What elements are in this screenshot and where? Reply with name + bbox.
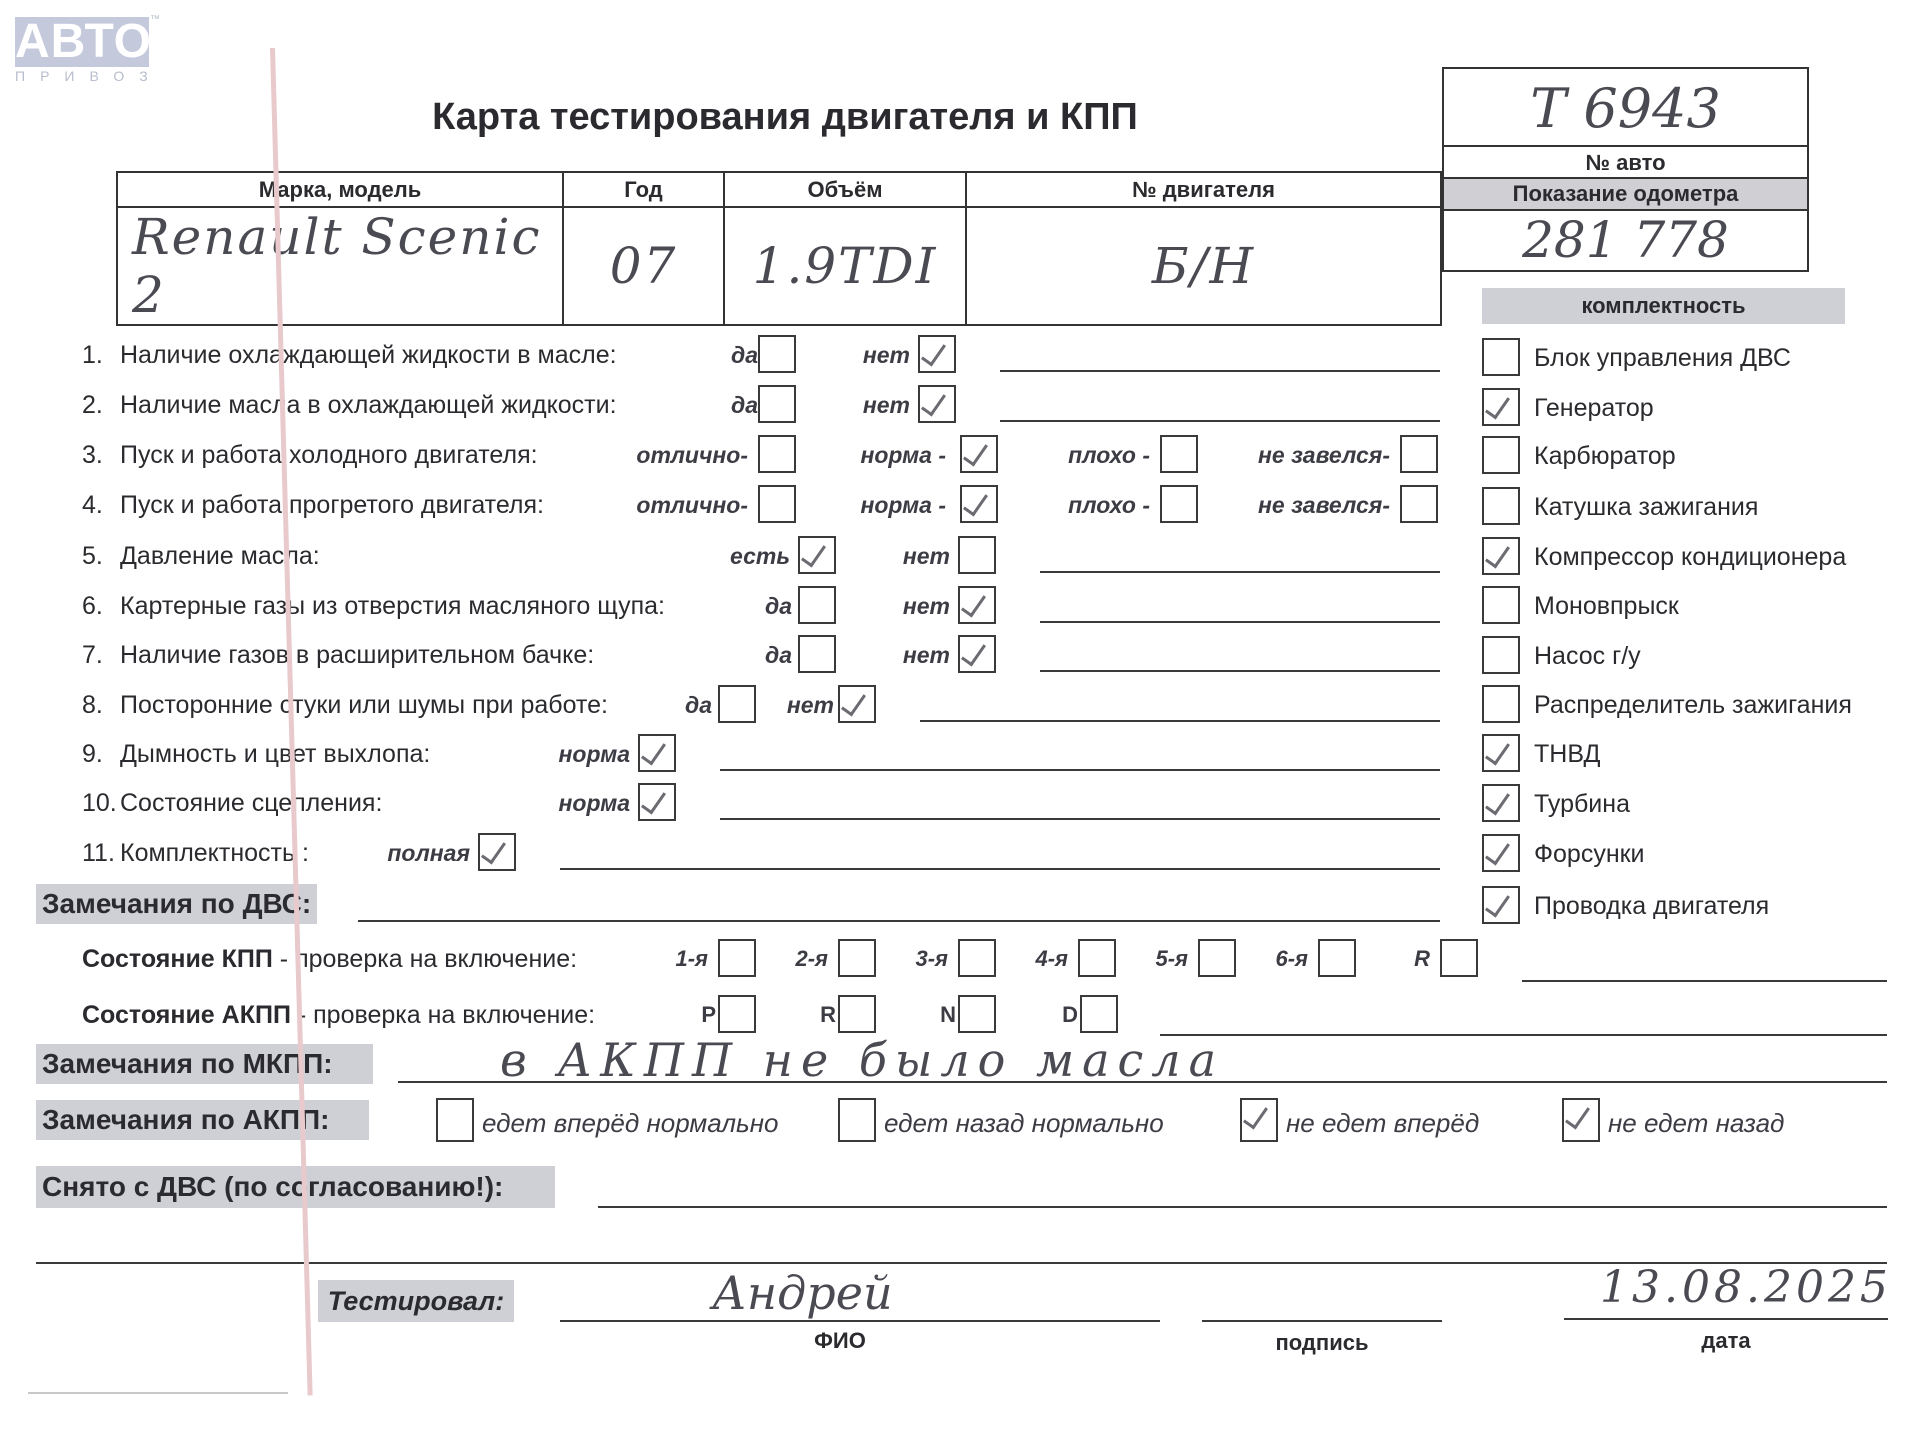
question-text: Пуск и работа прогретого двигателя: xyxy=(120,490,544,520)
gear-checkbox[interactable] xyxy=(718,995,756,1033)
tester-name-field[interactable] xyxy=(560,1320,1160,1322)
header-year: Год xyxy=(563,172,724,207)
completeness-checkbox[interactable] xyxy=(1482,388,1520,426)
odometer-value[interactable]: 281 778 xyxy=(1444,211,1807,271)
engine-remarks-label: Замечания по ДВС: xyxy=(36,884,317,924)
page-title: Карта тестирования двигателя и КПП xyxy=(300,96,1270,139)
removed-label: Снято с ДВС (по согласованию!): xyxy=(36,1166,555,1208)
signature-field[interactable] xyxy=(1202,1320,1442,1322)
completeness-checkbox[interactable] xyxy=(1482,537,1520,575)
manual-gearbox-title: Состояние КПП xyxy=(82,945,273,973)
option-label: полная xyxy=(270,838,470,868)
question-number: 9. xyxy=(82,739,103,769)
completeness-checkbox[interactable] xyxy=(1482,586,1520,624)
akpp-option-label: едет вперёд нормально xyxy=(482,1108,778,1138)
year-value[interactable]: 07 xyxy=(563,207,724,325)
gear-label: 5-я xyxy=(1108,944,1188,974)
auto-gearbox-label: Состояние АКПП - проверка на включение: xyxy=(82,1000,595,1030)
question-number: 11. xyxy=(82,838,115,868)
question-text: Дымность и цвет выхлопа: xyxy=(120,739,430,769)
akpp-option-checkbox[interactable] xyxy=(838,1098,876,1142)
gear-label: R xyxy=(776,1000,836,1030)
akpp-option-checkbox[interactable] xyxy=(1240,1098,1278,1142)
completeness-checkbox[interactable] xyxy=(1482,886,1520,924)
gear-label: 2-я xyxy=(748,944,828,974)
logo-subtitle: ПРИВОЗ xyxy=(15,68,149,84)
completeness-item-label: Моновпрыск xyxy=(1534,591,1679,621)
signature-caption: подпись xyxy=(1202,1330,1442,1356)
option-checkbox[interactable] xyxy=(958,586,996,624)
gear-checkbox[interactable] xyxy=(1440,939,1478,977)
completeness-item-label: Насос г/у xyxy=(1534,641,1641,671)
akpp-option-label: не едет вперёд xyxy=(1286,1108,1479,1138)
scan-smudge xyxy=(28,1392,288,1394)
completeness-item-label: Компрессор кондиционера xyxy=(1534,542,1846,572)
question-notes-field[interactable] xyxy=(720,769,1440,771)
option-checkbox[interactable] xyxy=(838,685,876,723)
vehicle-table: Марка, модель Год Объём № двигателя Rena… xyxy=(116,171,1442,326)
akpp-remarks-label: Замечания по АКПП: xyxy=(36,1100,369,1140)
completeness-checkbox[interactable] xyxy=(1482,636,1520,674)
auto-gearbox-title: Состояние АКПП xyxy=(82,1001,291,1029)
option-checkbox[interactable] xyxy=(918,335,956,373)
logo-trademark: ™ xyxy=(150,14,160,25)
engine-number-value[interactable]: Б/Н xyxy=(966,207,1441,325)
question-notes-field[interactable] xyxy=(720,818,1440,820)
option-label: не завелся- xyxy=(1190,440,1390,470)
mkpp-remarks-field[interactable] xyxy=(398,1081,1887,1083)
option-label: отлично- xyxy=(548,490,748,520)
engine-remarks-field[interactable] xyxy=(358,920,1440,922)
completeness-item-label: Блок управления ДВС xyxy=(1534,343,1791,373)
make-model-value[interactable]: Renault Scenic 2 xyxy=(117,207,563,325)
option-label: норма - xyxy=(746,440,946,470)
question-number: 5. xyxy=(82,541,103,571)
completeness-item-label: Карбюратор xyxy=(1534,441,1676,471)
option-label: нет xyxy=(750,640,950,670)
option-label: не завелся- xyxy=(1190,490,1390,520)
option-checkbox[interactable] xyxy=(478,833,516,871)
question-text: Пуск и работа холодного двигателя: xyxy=(120,440,538,470)
volume-value[interactable]: 1.9TDI xyxy=(724,207,966,325)
option-label: нет xyxy=(710,390,910,420)
option-checkbox[interactable] xyxy=(1400,435,1438,473)
manual-gearbox-subtitle: - проверка на включение: xyxy=(273,945,577,973)
option-checkbox[interactable] xyxy=(1400,485,1438,523)
date-field[interactable] xyxy=(1564,1318,1888,1320)
option-checkbox[interactable] xyxy=(958,536,996,574)
completeness-item-label: Катушка зажигания xyxy=(1534,492,1758,522)
completeness-checkbox[interactable] xyxy=(1482,834,1520,872)
completeness-item-label: Распределитель зажигания xyxy=(1534,690,1852,720)
gear-label: 3-я xyxy=(868,944,948,974)
completeness-title: комплектность xyxy=(1482,288,1845,324)
akpp-option-label: едет назад нормально xyxy=(884,1108,1164,1138)
logo: АВТО xyxy=(15,17,149,67)
tester-name-value[interactable]: Андрей xyxy=(712,1266,893,1320)
option-label: плохо - xyxy=(950,490,1150,520)
question-text: Картерные газы из отверстия масляного щу… xyxy=(120,591,665,621)
mkpp-remarks-value[interactable]: в АКПП не было масла xyxy=(500,1035,1224,1085)
question-number: 3. xyxy=(82,440,103,470)
question-notes-field[interactable] xyxy=(1000,370,1440,372)
completeness-checkbox[interactable] xyxy=(1482,685,1520,723)
question-text: Давление масла: xyxy=(120,541,320,571)
option-label: отлично- xyxy=(548,440,748,470)
option-label: нет xyxy=(634,690,834,720)
option-checkbox[interactable] xyxy=(638,734,676,772)
question-number: 1. xyxy=(82,340,103,370)
question-notes-field[interactable] xyxy=(1040,571,1440,573)
gear-label: 4-я xyxy=(988,944,1068,974)
option-label: плохо - xyxy=(950,440,1150,470)
gear-label: D xyxy=(1018,1000,1078,1030)
question-number: 10. xyxy=(82,788,117,818)
completeness-checkbox[interactable] xyxy=(1482,784,1520,822)
option-label: норма xyxy=(430,739,630,769)
date-value[interactable]: 13.08.2025 xyxy=(1600,1262,1892,1313)
gear-label: N xyxy=(896,1000,956,1030)
completeness-checkbox[interactable] xyxy=(1482,338,1520,376)
car-number-label: № авто xyxy=(1444,145,1807,179)
question-notes-field[interactable] xyxy=(560,868,1440,870)
option-label: нет xyxy=(750,591,950,621)
option-label: норма - xyxy=(746,490,946,520)
option-checkbox[interactable] xyxy=(918,385,956,423)
option-checkbox[interactable] xyxy=(958,635,996,673)
question-text: Наличие газов в расширительном бачке: xyxy=(120,640,594,670)
question-notes-field[interactable] xyxy=(1000,420,1440,422)
question-text: Наличие масла в охлаждающей жидкости: xyxy=(120,390,617,420)
gear-label: P xyxy=(656,1000,716,1030)
removed-field[interactable] xyxy=(598,1206,1887,1208)
question-text: Наличие охлаждающей жидкости в масле: xyxy=(120,340,617,370)
completeness-checkbox[interactable] xyxy=(1482,487,1520,525)
completeness-item-label: ТНВД xyxy=(1534,739,1600,769)
option-label: нет xyxy=(710,340,910,370)
question-number: 7. xyxy=(82,640,103,670)
question-number: 2. xyxy=(82,390,103,420)
akpp-option-checkbox[interactable] xyxy=(1562,1098,1600,1142)
question-number: 8. xyxy=(82,690,103,720)
completeness-item-label: Форсунки xyxy=(1534,839,1645,869)
completeness-item-label: Проводка двигателя xyxy=(1534,891,1769,921)
completeness-checkbox[interactable] xyxy=(1482,436,1520,474)
auto-gearbox-notes-field[interactable] xyxy=(1160,1034,1887,1036)
car-info-box: Т 6943 № авто Показание одометра 281 778 xyxy=(1442,67,1809,272)
question-text: Состояние сцепления: xyxy=(120,788,382,818)
mkpp-remarks-label: Замечания по МКПП: xyxy=(36,1044,373,1084)
completeness-item-label: Генератор xyxy=(1534,393,1654,423)
header-make-model: Марка, модель xyxy=(117,172,563,207)
manual-gearbox-notes-field[interactable] xyxy=(1522,980,1887,982)
manual-gearbox-label: Состояние КПП - проверка на включение: xyxy=(82,944,577,974)
auto-gearbox-subtitle: - проверка на включение: xyxy=(291,1001,595,1029)
question-notes-field[interactable] xyxy=(1040,621,1440,623)
option-label: нет xyxy=(750,541,950,571)
option-checkbox[interactable] xyxy=(638,783,676,821)
gear-checkbox[interactable] xyxy=(838,995,876,1033)
header-engine-number: № двигателя xyxy=(966,172,1441,207)
date-caption: дата xyxy=(1564,1328,1888,1354)
question-notes-field[interactable] xyxy=(1040,670,1440,672)
name-caption: ФИО xyxy=(780,1328,900,1354)
header-volume: Объём xyxy=(724,172,966,207)
odometer-label: Показание одометра xyxy=(1444,179,1807,211)
tested-by-label: Тестировал: xyxy=(318,1280,514,1322)
question-notes-field[interactable] xyxy=(920,720,1440,722)
akpp-option-checkbox[interactable] xyxy=(436,1098,474,1142)
gear-checkbox[interactable] xyxy=(958,995,996,1033)
question-number: 6. xyxy=(82,591,103,621)
completeness-item-label: Турбина xyxy=(1534,789,1630,819)
question-number: 4. xyxy=(82,490,103,520)
option-label: норма xyxy=(430,788,630,818)
car-number-value[interactable]: Т 6943 xyxy=(1444,69,1807,145)
completeness-checkbox[interactable] xyxy=(1482,734,1520,772)
gear-label: 6-я xyxy=(1228,944,1308,974)
akpp-option-label: не едет назад xyxy=(1608,1108,1784,1138)
gear-label: 1-я xyxy=(628,944,708,974)
gear-checkbox[interactable] xyxy=(1080,995,1118,1033)
gear-label: R xyxy=(1350,944,1430,974)
